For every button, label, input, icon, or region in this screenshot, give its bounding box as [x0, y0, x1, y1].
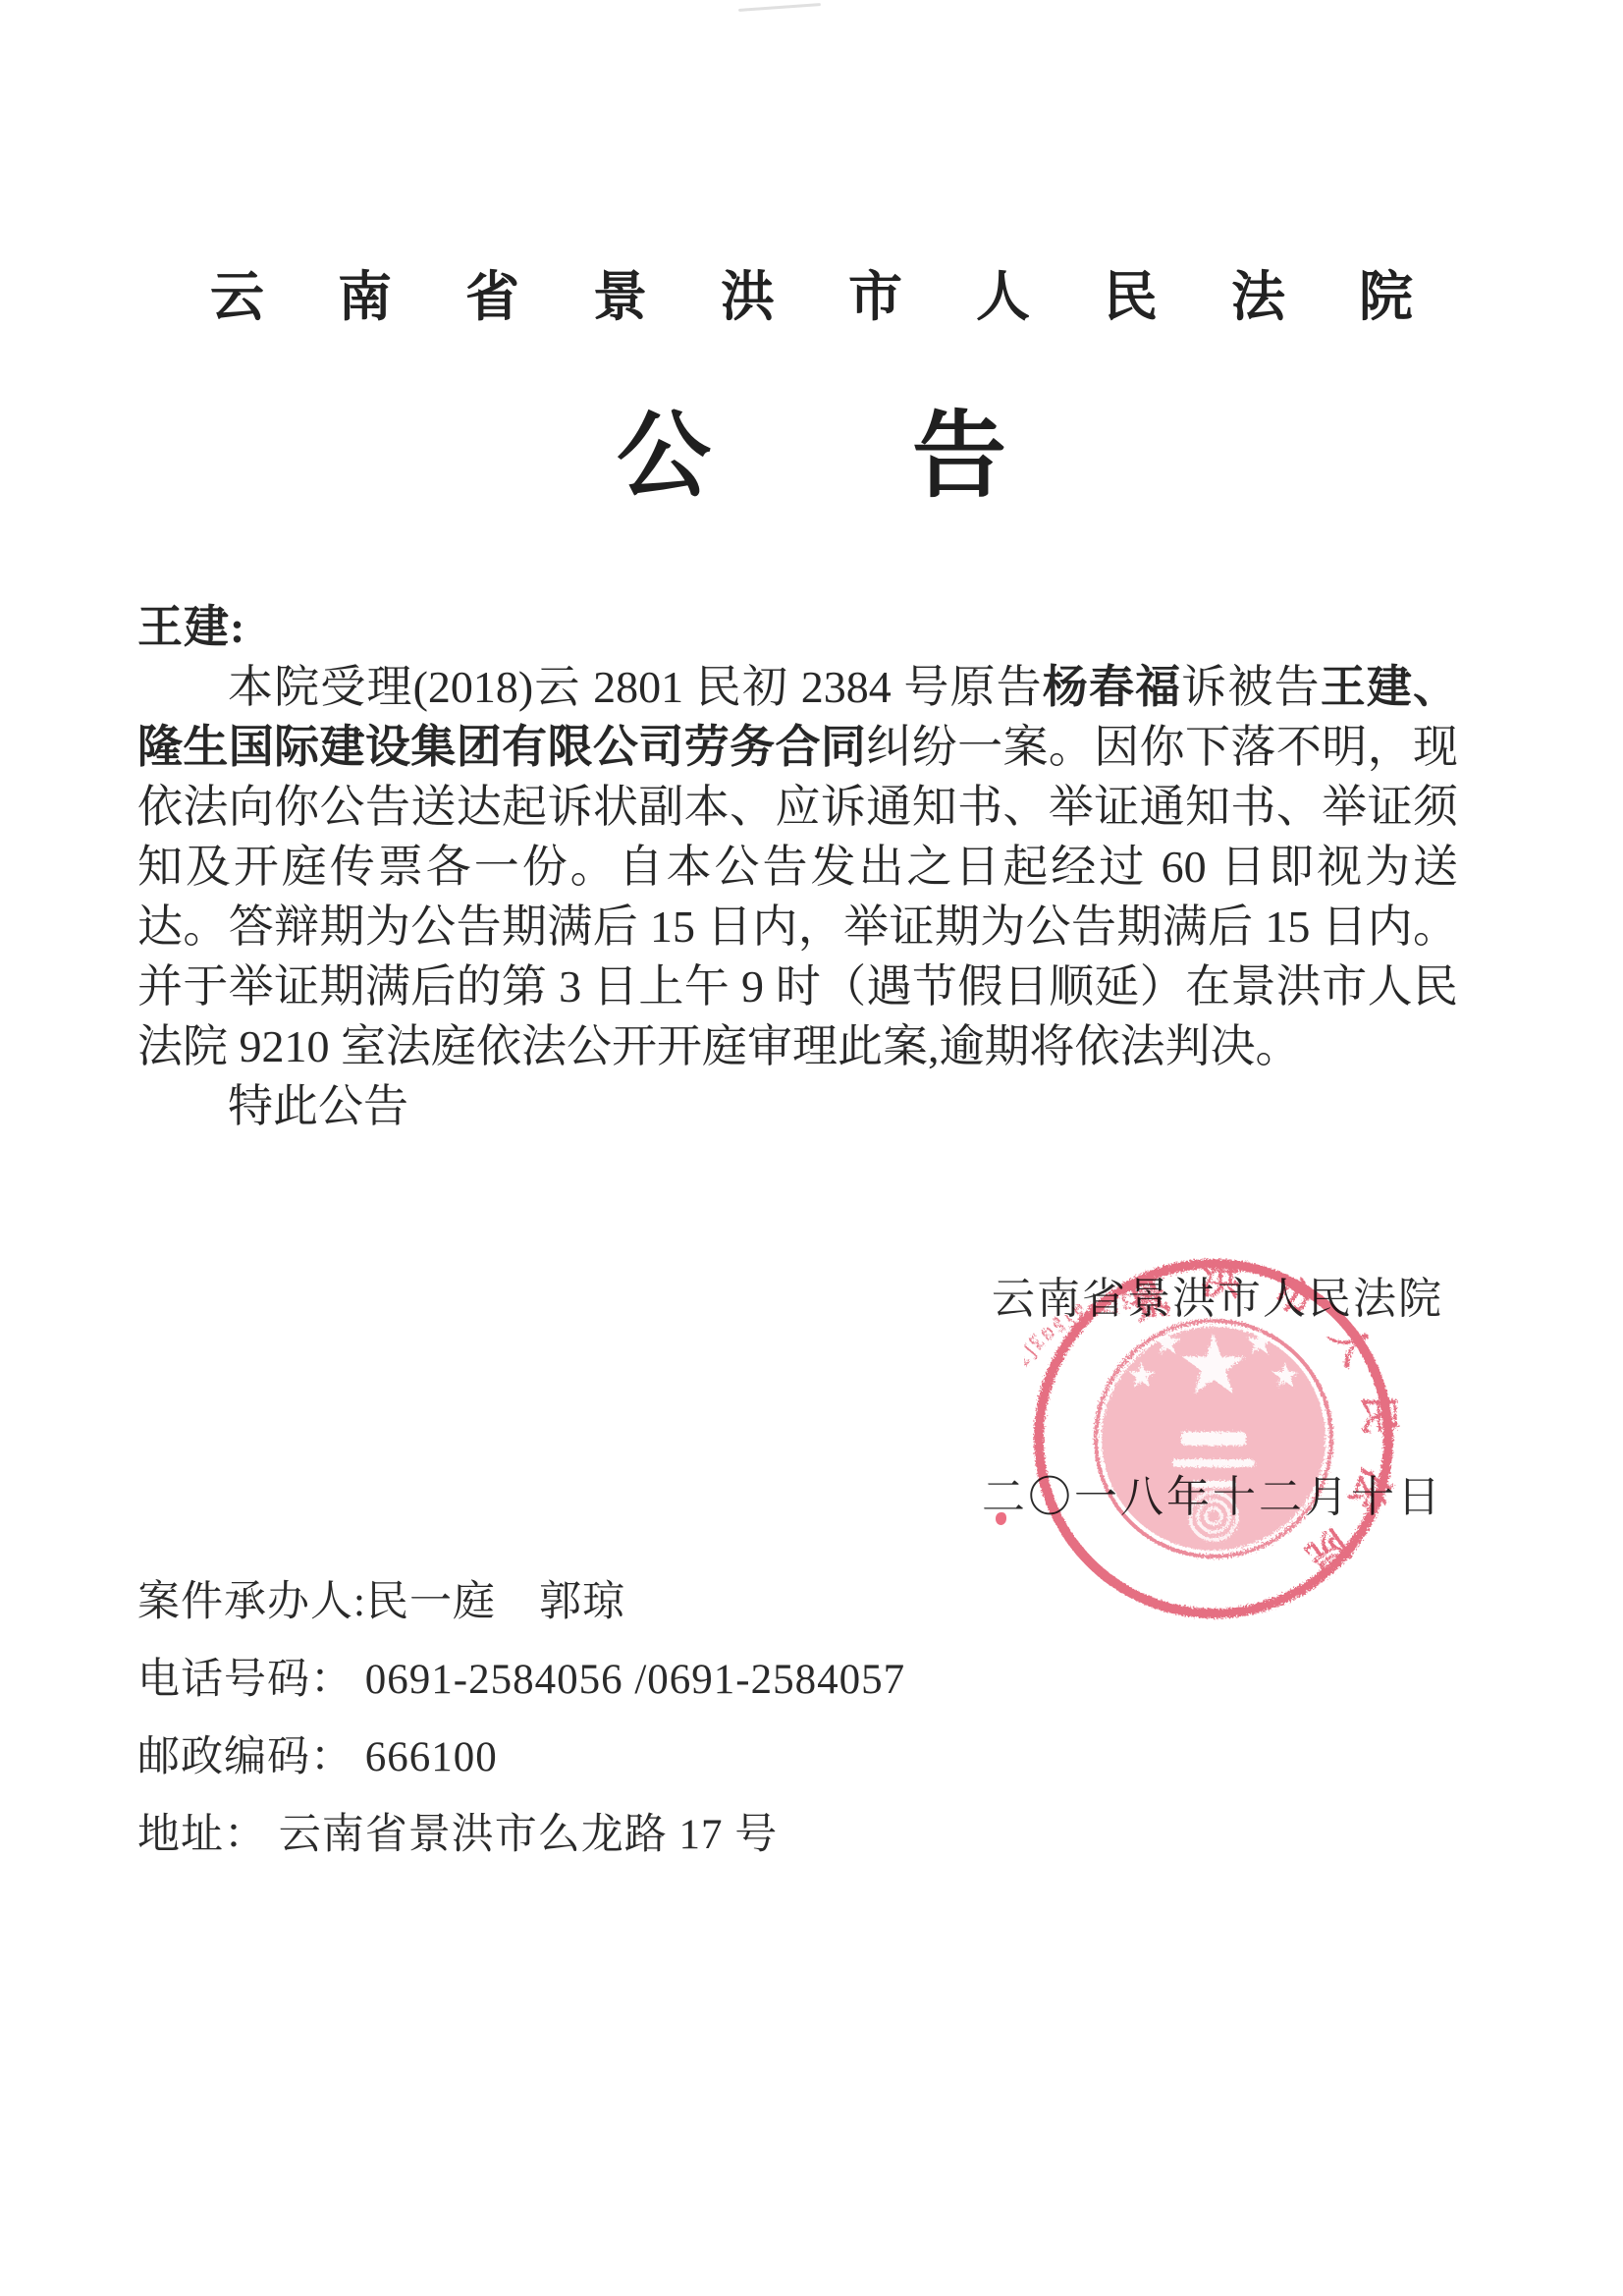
paragraph-seg1: 本院受理(2018)云 2801 民初 2384 号原告 [228, 662, 1043, 712]
address-row: 地址： 云南省景洪市么龙路 17 号 [137, 1796, 905, 1874]
court-notice-page: 云南省景洪市人民法院 公告 王建: 本院受理(2018)云 2801 民初 23… [0, 0, 1623, 2296]
case-handler-value: 民一庭 郭琼 [366, 1579, 625, 1625]
notice-body: 王建: 本院受理(2018)云 2801 民初 2384 号原告杨春福诉被告王建… [137, 597, 1458, 1136]
court-name-title: 云南省景洪市人民法院 [0, 253, 1623, 331]
emblem-small-star [1154, 1329, 1180, 1354]
postal-code-label: 邮政编码： [137, 1734, 365, 1780]
emblem-gate-roof [1181, 1432, 1246, 1446]
emblem-small-star [1271, 1362, 1298, 1388]
paragraph-seg5: 纠纷一案。因你下落不明，现依法向你公告送达起诉状副本、应诉通知书、举证通知书、举… [137, 722, 1458, 1071]
closing-line: 特此公告 [137, 1076, 1458, 1136]
address-label: 地址： [137, 1812, 279, 1858]
salutation: 王建: [137, 597, 1458, 657]
phone-value: 0691-2584056 /0691-2584057 [365, 1657, 905, 1703]
phone-row: 电话号码： 0691-2584056 /0691-2584057 [137, 1641, 905, 1719]
scan-artifact-mark [738, 3, 821, 12]
phone-label: 电话号码： [137, 1657, 365, 1703]
paragraph-seg3: 诉被告 [1181, 662, 1320, 712]
postal-code-value: 666100 [365, 1734, 498, 1780]
contact-info: 案件承办人:民一庭 郭琼 电话号码： 0691-2584056 /0691-25… [137, 1563, 905, 1874]
signature-court-name: 云南省景洪市人民法院 [992, 1263, 1443, 1326]
emblem-big-star [1182, 1334, 1245, 1394]
emblem-small-star [1246, 1329, 1272, 1354]
notice-paragraph: 本院受理(2018)云 2801 民初 2384 号原告杨春福诉被告王建、隆生国… [137, 657, 1458, 1076]
case-handler-row: 案件承办人:民一庭 郭琼 [137, 1563, 905, 1641]
plaintiff-name: 杨春福 [1043, 662, 1181, 712]
address-value: 云南省景洪市么龙路 17 号 [279, 1812, 779, 1858]
signature-date: 二〇一八年十二月十日 [982, 1461, 1443, 1524]
postal-code-row: 邮政编码： 666100 [137, 1719, 905, 1796]
emblem-small-star [1128, 1362, 1155, 1388]
case-handler-label: 案件承办人: [137, 1579, 366, 1625]
doc-type-title: 公告 [0, 381, 1623, 516]
